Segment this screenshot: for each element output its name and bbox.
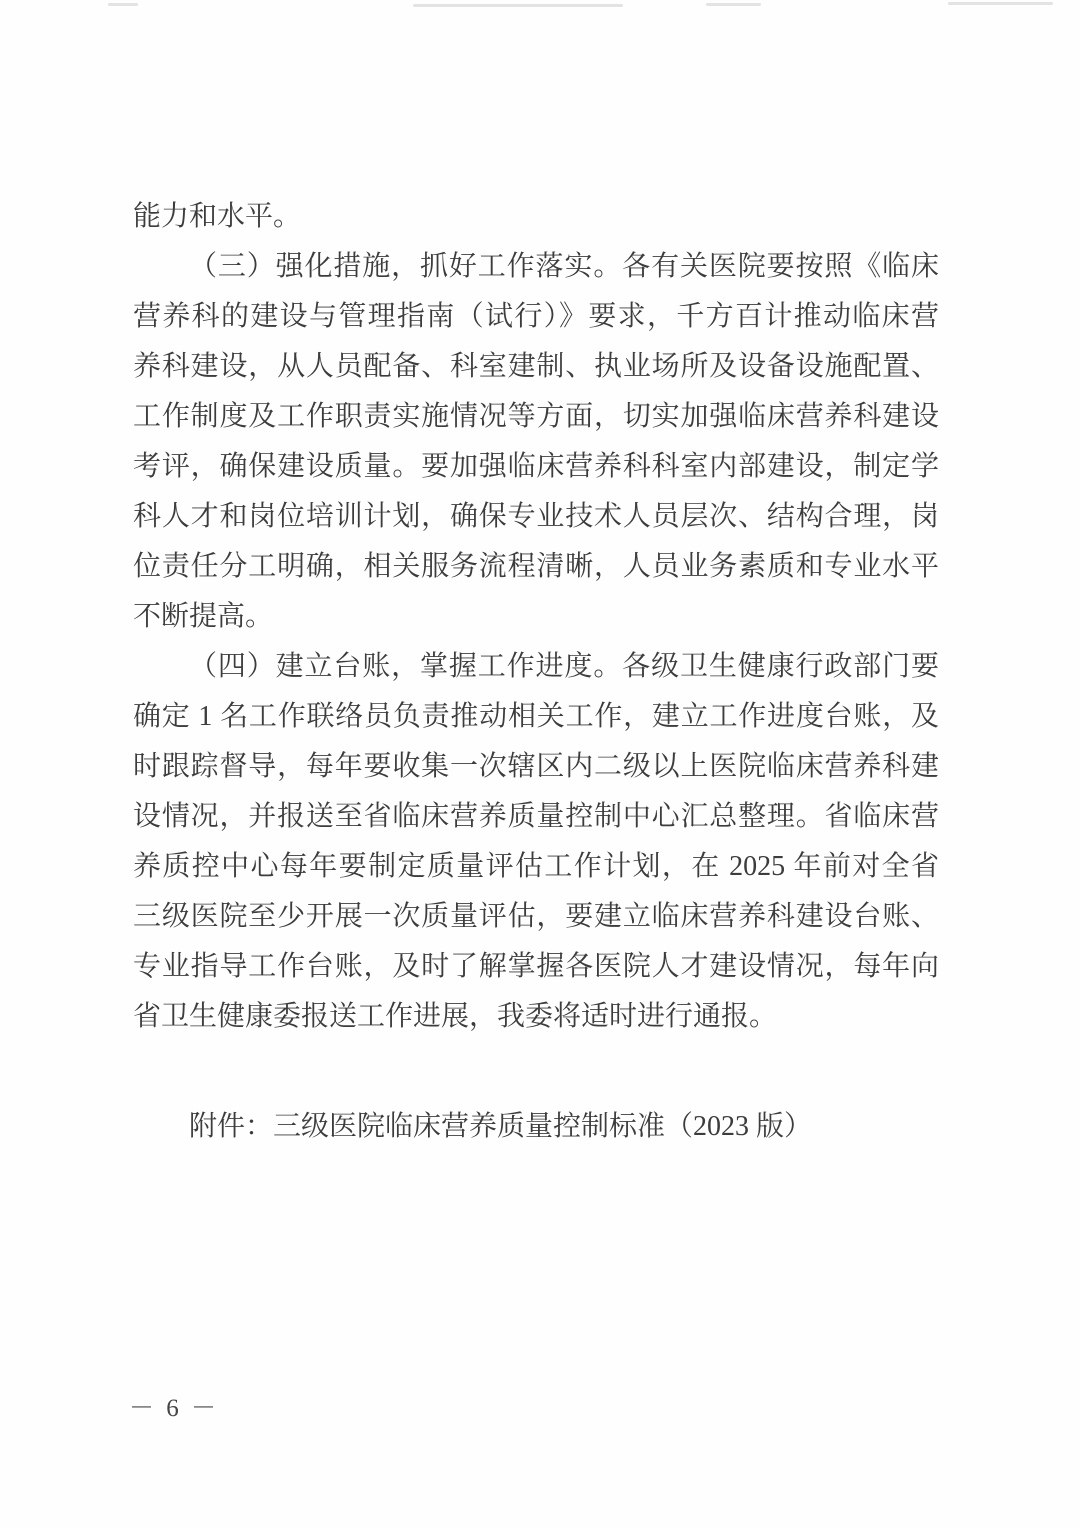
text-line: 设情况，并报送至省临床营养质量控制中心汇总整理。省临床营	[133, 792, 939, 842]
scan-noise-artifact	[706, 3, 761, 6]
text-line: 养科建设，从人员配备、科室建制、执业场所及设备设施配置、	[133, 342, 939, 392]
text-line: （四）建立台账，掌握工作进度。各级卫生健康行政部门要	[133, 642, 939, 692]
scan-noise-artifact	[108, 3, 138, 6]
document-body: 能力和水平。 （三）强化措施，抓好工作落实。各有关医院要按照《临床 营养科的建设…	[133, 192, 939, 1152]
scan-noise-artifact	[413, 4, 623, 7]
text-line: 不断提高。	[133, 592, 939, 642]
text-line: 科人才和岗位培训计划，确保专业技术人员层次、结构合理，岗	[133, 492, 939, 542]
attachment-line: 附件：三级医院临床营养质量控制标准（2023 版）	[133, 1102, 939, 1152]
scan-noise-artifact	[948, 2, 1053, 5]
text-line: 确定 1 名工作联络员负责推动相关工作，建立工作进度台账，及	[133, 692, 939, 742]
scanned-document-page: 能力和水平。 （三）强化措施，抓好工作落实。各有关医院要按照《临床 营养科的建设…	[0, 0, 1080, 1527]
text-line: 工作制度及工作职责实施情况等方面，切实加强临床营养科建设	[133, 392, 939, 442]
text-line: 省卫生健康委报送工作进展，我委将适时进行通报。	[133, 992, 939, 1042]
text-line: 养质控中心每年要制定质量评估工作计划，在 2025 年前对全省	[133, 842, 939, 892]
text-line: （三）强化措施，抓好工作落实。各有关医院要按照《临床	[133, 242, 939, 292]
page-number: － 6 －	[129, 1388, 219, 1424]
text-line: 营养科的建设与管理指南（试行）》要求，千方百计推动临床营	[133, 292, 939, 342]
text-line: 能力和水平。	[133, 192, 939, 242]
text-line: 位责任分工明确，相关服务流程清晰，人员业务素质和专业水平	[133, 542, 939, 592]
text-line: 考评，确保建设质量。要加强临床营养科科室内部建设，制定学	[133, 442, 939, 492]
text-line: 时跟踪督导，每年要收集一次辖区内二级以上医院临床营养科建	[133, 742, 939, 792]
text-line: 三级医院至少开展一次质量评估，要建立临床营养科建设台账、	[133, 892, 939, 942]
text-line: 专业指导工作台账，及时了解掌握各医院人才建设情况，每年向	[133, 942, 939, 992]
